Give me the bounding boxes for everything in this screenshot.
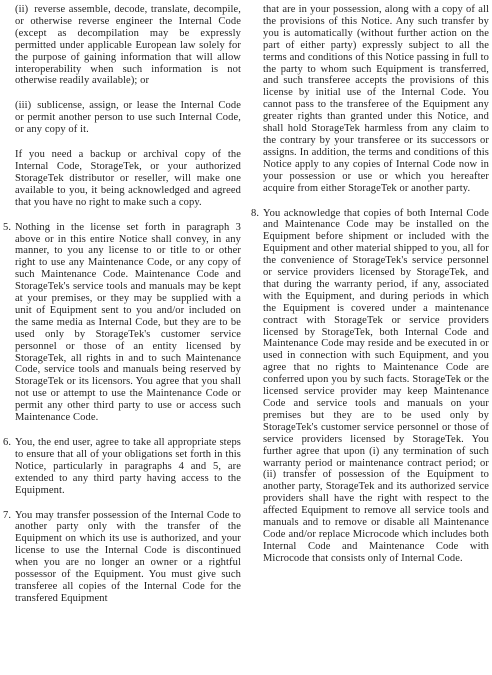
- backup-copy-paragraph: If you need a backup or archival copy of…: [15, 149, 241, 209]
- clause-ii-paragraph: (ii)reverse assemble, decode, translate,…: [15, 4, 241, 87]
- numbered-item-6: 6. You, the end user, agree to take all …: [3, 437, 241, 497]
- item-5-text: Nothing in the license set forth in para…: [15, 222, 241, 424]
- clause-ii-label: (ii): [15, 4, 28, 15]
- item-5-number: 5.: [3, 222, 15, 424]
- item-6-number: 6.: [3, 437, 15, 497]
- numbered-item-7: 7. You may transfer possession of the In…: [3, 510, 241, 605]
- item-7-number: 7.: [3, 510, 15, 605]
- license-notice-page: (ii)reverse assemble, decode, translate,…: [0, 0, 492, 675]
- item-8-text: You acknowledge that copies of both Inte…: [263, 208, 489, 565]
- item-7-continuation-paragraph: that are in your possession, along with …: [263, 4, 489, 195]
- numbered-item-8: 8. You acknowledge that copies of both I…: [251, 208, 489, 565]
- left-column: (ii)reverse assemble, decode, translate,…: [3, 4, 241, 675]
- item-7-text: You may transfer possession of the Inter…: [15, 510, 241, 605]
- clause-iii-label: (iii): [15, 100, 31, 111]
- item-8-number: 8.: [251, 208, 263, 565]
- right-column: that are in your possession, along with …: [251, 4, 489, 675]
- clause-iii-paragraph: (iii)sublicense, assign, or lease the In…: [15, 100, 241, 136]
- item-6-text: You, the end user, agree to take all app…: [15, 437, 241, 497]
- clause-iii-text: sublicense, assign, or lease the Interna…: [15, 100, 241, 135]
- clause-ii-text: reverse assemble, decode, translate, dec…: [15, 4, 241, 86]
- numbered-item-5: 5. Nothing in the license set forth in p…: [3, 222, 241, 424]
